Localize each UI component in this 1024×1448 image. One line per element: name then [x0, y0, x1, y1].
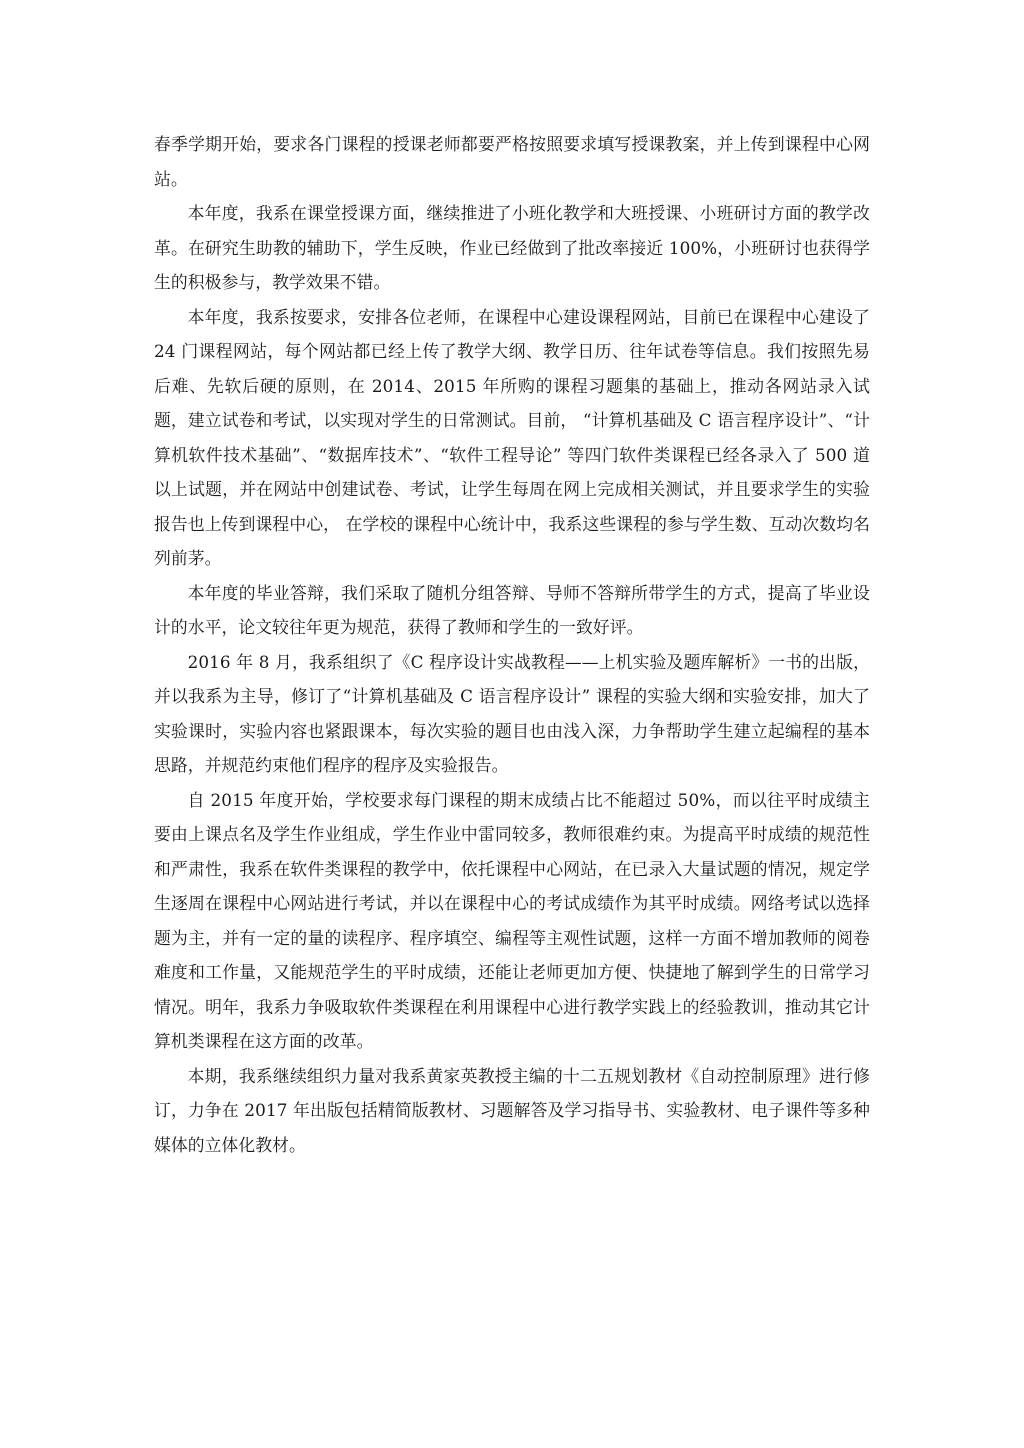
- document-page: 春季学期开始，要求各门课程的授课老师都要严格按照要求填写授课教案，并上传到课程中…: [154, 127, 870, 1162]
- paragraph-textbook-publication: 2016 年 8 月，我系组织了《C 程序设计实战教程——上机实验及题库解析》一…: [154, 645, 870, 783]
- paragraph-course-websites: 本年度，我系按要求，安排各位老师，在课程中心建设课程网站，目前已在课程中心建设了…: [154, 300, 870, 576]
- paragraph-course-plans: 春季学期开始，要求各门课程的授课老师都要严格按照要求填写授课教案，并上传到课程中…: [154, 127, 870, 196]
- paragraph-textbook-revision: 本期，我系继续组织力量对我系黄家英教授主编的十二五规划教材《自动控制原理》进行修…: [154, 1059, 870, 1163]
- paragraph-grading-reform: 自 2015 年度开始，学校要求每门课程的期末成绩占比不能超过 50%，而以往平…: [154, 783, 870, 1059]
- paragraph-small-class-teaching: 本年度，我系在课堂授课方面，继续推进了小班化教学和大班授课、小班研讨方面的教学改…: [154, 196, 870, 300]
- paragraph-graduation-defense: 本年度的毕业答辩，我们采取了随机分组答辩、导师不答辩所带学生的方式，提高了毕业设…: [154, 576, 870, 645]
